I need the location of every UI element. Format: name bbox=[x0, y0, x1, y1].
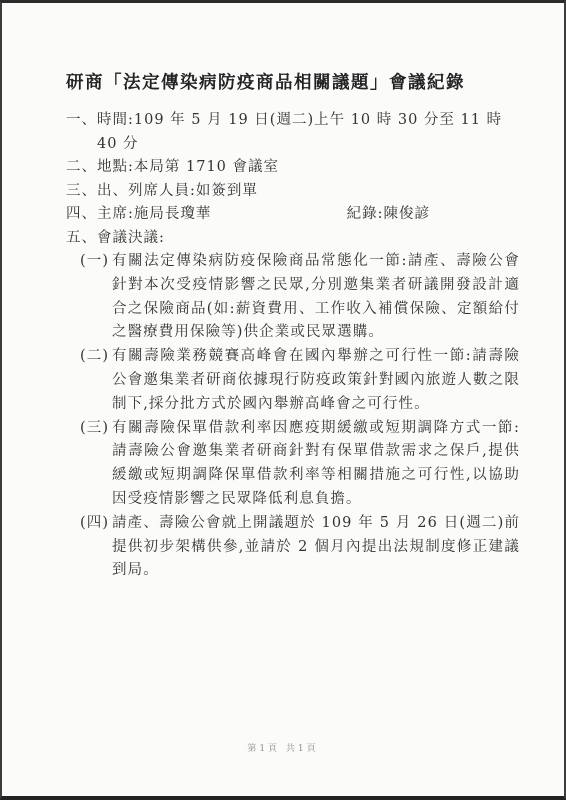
meeting-location-line: 二、 地點:本局第 1710 會議室 bbox=[66, 156, 520, 180]
meeting-time-line: 一、 時間:109 年 5 月 19 日(週二)上午 10 時 30 分至 11… bbox=[66, 109, 520, 156]
resolution-item-2: (二) 有關壽險業務競賽高峰會在國內舉辦之可行性一節:請壽險公會邀集業者研商依據… bbox=[80, 345, 520, 416]
resolution-text: 有關壽險業務競賽高峰會在國內舉辦之可行性一節:請壽險公會邀集業者研商依據現行防疫… bbox=[112, 345, 520, 416]
chairman-text: 主席:施局長瓊華 bbox=[97, 203, 211, 227]
attendees-text: 出、列席人員:如簽到單 bbox=[97, 180, 520, 204]
chairman-line: 四、 主席:施局長瓊華 紀錄:陳俊諺 bbox=[66, 203, 520, 227]
resolution-text: 請產、壽險公會就上開議題於 109 年 5 月 26 日(週二)前提供初步架構供… bbox=[112, 512, 520, 583]
resolution-item-3: (三) 有關壽險保單借款利率因應疫期緩繳或短期調降方式一節:請壽險公會邀集業者研… bbox=[80, 417, 520, 512]
recorder-text: 紀錄:陳俊諺 bbox=[347, 203, 520, 227]
resolutions-heading-line: 五、 會議決議: bbox=[66, 227, 520, 251]
resolution-text: 有關法定傳染病防疫保險商品常態化一節:請產、壽險公會針對本次受疫情影響之民眾,分… bbox=[112, 250, 520, 345]
item-number: 五、 bbox=[66, 227, 97, 251]
resolution-item-1: (一) 有關法定傳染病防疫保險商品常態化一節:請產、壽險公會針對本次受疫情影響之… bbox=[80, 250, 520, 345]
item-number: 一、 bbox=[66, 109, 97, 156]
item-number: 四、 bbox=[66, 203, 97, 227]
scanned-document-page: { "document": { "title": "研商「法定傳染病防疫商品相關… bbox=[0, 0, 566, 800]
document-title: 研商「法定傳染病防疫商品相關議題」會議紀錄 bbox=[66, 69, 520, 94]
document-body: 研商「法定傳染病防疫商品相關議題」會議紀錄 一、 時間:109 年 5 月 19… bbox=[2, 3, 564, 583]
item-number: 三、 bbox=[66, 180, 97, 204]
meeting-location-text: 地點:本局第 1710 會議室 bbox=[97, 156, 520, 180]
page-number-footer: 第1頁 共1頁 bbox=[2, 741, 564, 754]
resolution-number: (四) bbox=[80, 512, 112, 583]
resolution-text: 有關壽險保單借款利率因應疫期緩繳或短期調降方式一節:請壽險公會邀集業者研商針對有… bbox=[112, 417, 520, 512]
resolution-number: (三) bbox=[80, 417, 112, 512]
attendees-line: 三、 出、列席人員:如簽到單 bbox=[66, 180, 520, 204]
resolutions-heading-text: 會議決議: bbox=[97, 227, 520, 251]
resolution-number: (二) bbox=[80, 345, 112, 416]
resolutions-list: (一) 有關法定傳染病防疫保險商品常態化一節:請產、壽險公會針對本次受疫情影響之… bbox=[80, 250, 520, 583]
resolution-item-4: (四) 請產、壽險公會就上開議題於 109 年 5 月 26 日(週二)前提供初… bbox=[80, 512, 520, 583]
resolution-number: (一) bbox=[80, 250, 112, 345]
meeting-time-text: 時間:109 年 5 月 19 日(週二)上午 10 時 30 分至 11 時 … bbox=[97, 109, 520, 156]
item-number: 二、 bbox=[66, 156, 97, 180]
